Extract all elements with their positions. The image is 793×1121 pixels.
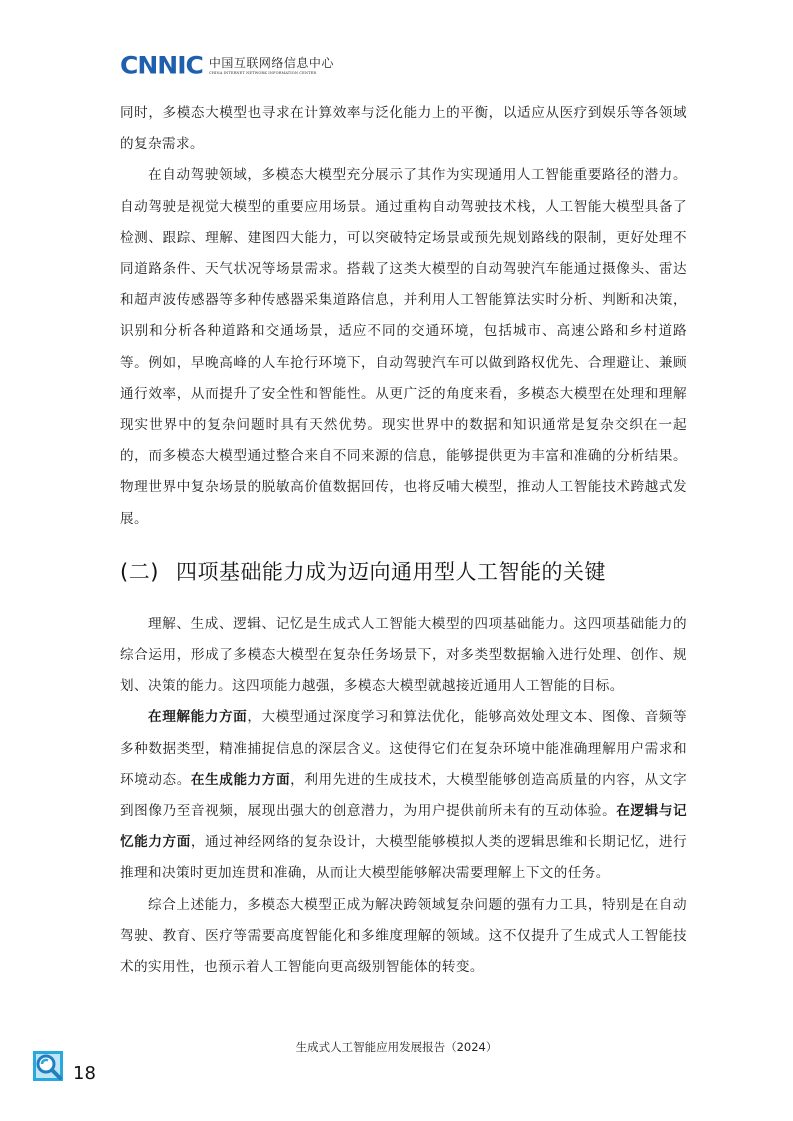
org-name-cn: 中国互联网络信息中心 [209, 56, 334, 70]
paragraph-continuation: 同时，多模态大模型也寻求在计算效率与泛化能力上的平衡，以适应从医疗到娱乐等各领域… [120, 98, 687, 160]
org-name-block: 中国互联网络信息中心 CHINA INTERNET NETWORK INFORM… [209, 56, 334, 76]
cnnic-logo: CNNIC [120, 55, 203, 78]
page-number: 18 [73, 1063, 96, 1084]
footer-report-title: 生成式人工智能应用发展报告（2024） [0, 1039, 793, 1055]
page-header: CNNIC 中国互联网络信息中心 CHINA INTERNET NETWORK … [120, 53, 334, 79]
bold-generation: 在生成能力方面 [191, 772, 290, 788]
paragraph-autonomous-driving: 在自动驾驶领域，多模态大模型充分展示了其作为实现通用人工智能重要路径的潜力。自动… [120, 160, 687, 534]
section-number: (二) [120, 557, 176, 587]
text-logic-memory: ，通过神经网络的复杂设计，大模型能够模拟人类的逻辑思维和长期记忆，进行推理和决策… [120, 834, 687, 881]
paragraph-summary: 综合上述能力，多模态大模型正成为解决跨领域复杂问题的强有力工具，特别是在自动驾驶… [120, 890, 687, 984]
section-title: 四项基础能力成为迈向通用型人工智能的关键 [176, 560, 606, 584]
paragraph-intro: 理解、生成、逻辑、记忆是生成式人工智能大模型的四项基础能力。这四项基础能力的综合… [120, 609, 687, 703]
paragraph-abilities: 在理解能力方面，大模型通过深度学习和算法优化，能够高效处理文本、图像、音频等多种… [120, 702, 687, 889]
page-body: 同时，多模态大模型也寻求在计算效率与泛化能力上的平衡，以适应从医疗到娱乐等各领域… [120, 98, 687, 983]
section-heading: (二)四项基础能力成为迈向通用型人工智能的关键 [120, 535, 687, 609]
org-name-en: CHINA INTERNET NETWORK INFORMATION CENTE… [209, 70, 334, 76]
bold-understanding: 在理解能力方面 [148, 709, 247, 725]
magnifier-report-icon [33, 1051, 63, 1081]
